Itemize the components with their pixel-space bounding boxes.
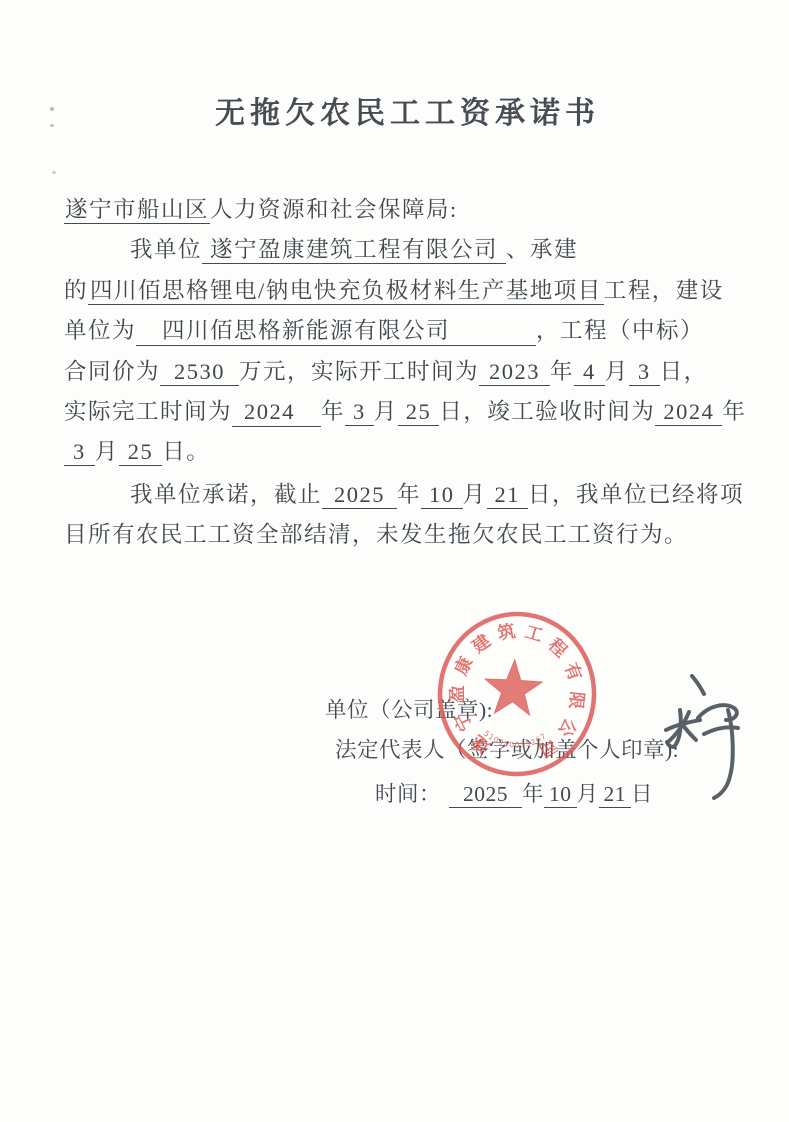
text: 实际完工时间为 bbox=[64, 399, 232, 424]
acceptance-day-blank: 25 bbox=[119, 439, 163, 466]
svg-text:程: 程 bbox=[545, 634, 572, 661]
text: 工程，建设 bbox=[604, 278, 724, 303]
text: 月 bbox=[577, 782, 599, 806]
text: 日。 bbox=[162, 439, 210, 464]
legal-representative-label: 法定代表人（签字或加盖个人印章): bbox=[335, 733, 679, 764]
body-line-contractor: 我单位遂宁盈康建筑工程有限公司、承建 bbox=[64, 230, 764, 270]
text: 年 bbox=[397, 482, 421, 507]
text: 年 bbox=[321, 399, 345, 424]
text: 日， bbox=[660, 359, 708, 384]
text: 月 bbox=[95, 439, 119, 464]
text: 月 bbox=[374, 399, 398, 424]
body-line-acceptance-date: 3月25日。 bbox=[64, 432, 764, 472]
text: 月 bbox=[605, 359, 629, 384]
text: 日 bbox=[631, 782, 653, 806]
finish-year-blank: 2024 bbox=[232, 399, 321, 427]
date-line: 时间：2025年10月21日 bbox=[375, 777, 653, 808]
text: ，工程（中标） bbox=[536, 318, 704, 343]
text: 年 bbox=[522, 782, 544, 806]
acceptance-year-blank: 2024 bbox=[655, 399, 722, 426]
body-line-completion: 实际完工时间为2024年3月25日，竣工验收时间为2024年 bbox=[64, 392, 764, 432]
sign-month-blank: 10 bbox=[544, 781, 577, 808]
sign-day-blank: 21 bbox=[599, 781, 632, 808]
document-body: 遂宁市船山区人力资源和社会保障局: 我单位遂宁盈康建筑工程有限公司、承建 的四川… bbox=[64, 190, 764, 556]
text: 年 bbox=[550, 359, 574, 384]
text: 万元，实际开工时间为 bbox=[239, 359, 479, 384]
text: 单位为 bbox=[64, 318, 136, 343]
svg-text:有: 有 bbox=[561, 660, 586, 684]
acceptance-month-blank: 3 bbox=[64, 439, 95, 466]
text: 日，竣工验收时间为 bbox=[439, 399, 655, 424]
project-name-blank: 四川佰思格锂电/钠电快充负极材料生产基地项目 bbox=[88, 278, 604, 305]
document-title: 无拖欠农民工工资承诺书 bbox=[0, 88, 789, 132]
salutation-rest: 人力资源和社会保障局: bbox=[210, 197, 458, 222]
commit-day-blank: 21 bbox=[487, 482, 529, 509]
text: 日，我单位已经将项 bbox=[528, 482, 744, 507]
body-line-commitment-end: 目所有农民工工资全部结清，未发生拖欠农民工工资行为。 bbox=[64, 515, 764, 555]
company-seal-label: 单位（公司盖章): bbox=[325, 693, 493, 724]
text: 的 bbox=[64, 278, 88, 303]
scanned-document-page: 无拖欠农民工工资承诺书 遂宁市船山区人力资源和社会保障局: 我单位遂宁盈康建筑工… bbox=[0, 0, 789, 1122]
salutation-org-underlined: 遂宁市船山区 bbox=[64, 197, 210, 224]
contractor-name-blank: 遂宁盈康建筑工程有限公司 bbox=[202, 237, 506, 264]
svg-text:康: 康 bbox=[451, 653, 477, 678]
text: 、承建 bbox=[506, 237, 578, 262]
svg-text:筑: 筑 bbox=[496, 621, 517, 644]
svg-text:工: 工 bbox=[523, 621, 546, 645]
commit-year-blank: 2025 bbox=[322, 482, 397, 509]
time-label-text: 时间： bbox=[375, 782, 441, 806]
contract-price-blank: 2530 bbox=[160, 359, 239, 386]
text: 我单位 bbox=[130, 237, 202, 262]
body-line-owner: 单位为四川佰思格新能源有限公司，工程（中标） bbox=[64, 311, 764, 351]
svg-text:建: 建 bbox=[468, 630, 494, 657]
text: 年 bbox=[722, 399, 746, 424]
text: 合同价为 bbox=[64, 359, 160, 384]
start-year-blank: 2023 bbox=[479, 359, 550, 386]
salutation-line: 遂宁市船山区人力资源和社会保障局: bbox=[64, 190, 764, 230]
owner-name-blank: 四川佰思格新能源有限公司 bbox=[136, 318, 536, 346]
finish-month-blank: 3 bbox=[345, 399, 374, 426]
start-day-blank: 3 bbox=[629, 359, 660, 386]
body-line-contract-price: 合同价为2530万元，实际开工时间为2023年4月3日， bbox=[64, 352, 764, 392]
scan-speck bbox=[52, 171, 56, 174]
start-month-blank: 4 bbox=[574, 359, 605, 386]
sign-year-blank: 2025 bbox=[449, 781, 522, 808]
finish-day-blank: 25 bbox=[398, 399, 440, 426]
text: 月 bbox=[463, 482, 487, 507]
svg-text:限: 限 bbox=[566, 691, 588, 711]
text: 我单位承诺，截止 bbox=[130, 482, 322, 507]
commit-month-blank: 10 bbox=[421, 482, 463, 509]
body-line-project: 的四川佰思格锂电/钠电快充负极材料生产基地项目工程，建设 bbox=[64, 271, 764, 311]
body-line-commitment: 我单位承诺，截止2025年10月21日，我单位已经将项 bbox=[64, 475, 764, 515]
